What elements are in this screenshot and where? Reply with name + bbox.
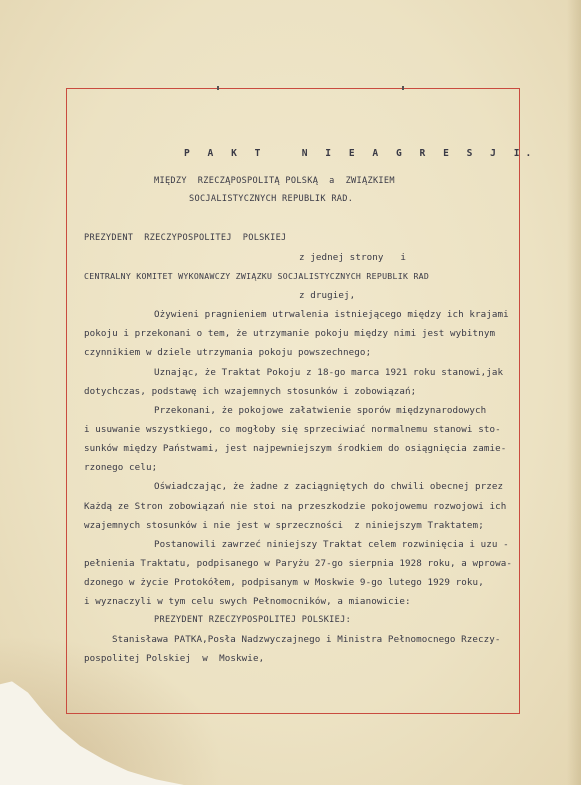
text-line: Uznając, że Traktat Pokoju z 18-go marca… bbox=[154, 367, 503, 378]
text-line: dotychczas, podstawę ich wzajemnych stos… bbox=[84, 386, 416, 397]
page-shadow bbox=[567, 0, 581, 785]
text-line: Ożywieni pragnieniem utrwalenia istnieją… bbox=[154, 309, 509, 320]
text-line: pospolitej Polskiej w Moskwie, bbox=[84, 653, 264, 664]
text-line: pokoju i przekonani o tem, że utrzymanie… bbox=[84, 328, 495, 339]
text-line: wzajemnych stosunków i nie jest w sprzec… bbox=[84, 520, 484, 531]
party-1-side: z jednej strony i bbox=[299, 252, 406, 263]
text-line: rzonego celu; bbox=[84, 462, 157, 473]
party-2: CENTRALNY KOMITET WYKONAWCZY ZWIĄZKU SOC… bbox=[84, 271, 429, 281]
text-line: Stanisława PATKA,Posła Nadzwyczajnego i … bbox=[112, 634, 501, 645]
text-line: pełnienia Traktatu, podpisanego w Paryżu… bbox=[84, 558, 512, 569]
text-line: dzonego w życie Protokółem, podpisanym w… bbox=[84, 577, 484, 588]
text-line: i usuwanie wszystkiego, co mogłoby się s… bbox=[84, 424, 501, 435]
document-subtitle-line2: SOCJALISTYCZNYCH REPUBLIK RAD. bbox=[189, 194, 353, 204]
document-subtitle-line1: MIĘDZY RZECZĄPOSPOLITĄ POLSKĄ a ZWIĄZKIE… bbox=[154, 176, 395, 186]
text-line: Postanowili zawrzeć niniejszy Traktat ce… bbox=[154, 539, 509, 550]
text-line: Każdą ze Stron zobowiązań nie stoi na pr… bbox=[84, 501, 506, 512]
document-title: P A K T N I E A G R E S J I. bbox=[184, 148, 537, 159]
text-line-heading: PREZYDENT RZECZYPOSPOLITEJ POLSKIEJ: bbox=[154, 615, 351, 625]
text-line: czynnikiem w dziele utrzymania pokoju po… bbox=[84, 347, 371, 358]
party-1: PREZYDENT RZECZYPOSPOLITEJ POLSKIEJ bbox=[84, 233, 287, 243]
text-line: i wyznaczyli w tym celu swych Pełnomocni… bbox=[84, 596, 411, 607]
typewritten-text: P A K T N I E A G R E S J I. MIĘDZY RZEC… bbox=[84, 0, 514, 319]
text-line: Przekonani, że pokojowe załatwienie spor… bbox=[154, 405, 486, 416]
text-line: Oświadczając, że żadne z zaciągniętych d… bbox=[154, 481, 503, 492]
text-line: sunków między Państwami, jest najpewniej… bbox=[84, 443, 506, 454]
party-2-side: z drugiej, bbox=[299, 290, 355, 301]
